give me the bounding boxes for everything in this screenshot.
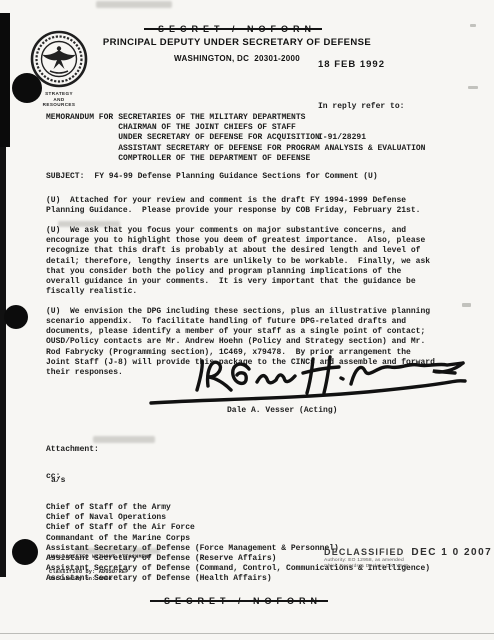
- scan-speck: [462, 303, 471, 307]
- signer-name: Dale A. Vesser (Acting): [227, 406, 337, 416]
- memo-for-label: MEMORANDUM FOR: [46, 113, 113, 164]
- memo-addressee: SECRETARIES OF THE MILITARY DEPARTMENTS: [118, 113, 425, 123]
- department-of-defense-seal-icon: [30, 30, 88, 88]
- subject-label: SUBJECT:: [46, 172, 84, 182]
- scan-edge-bar: [0, 147, 6, 577]
- office-stamp: STRATEGYANDRESOURCES: [30, 91, 88, 108]
- scan-speck: [470, 24, 476, 27]
- subject-line: SUBJECT: FY 94-99 Defense Planning Guida…: [46, 172, 378, 182]
- office-stamp-line: RESOURCES: [30, 102, 88, 108]
- declassified-stamp: DECLASSIFIED DEC 1 0 2007 Authority: EO …: [324, 547, 489, 571]
- body-paragraph: (U) Attached for your review and comment…: [46, 196, 438, 216]
- memo-addressee: COMPTROLLER OF THE DEPARTMENT OF DEFENSE: [118, 154, 425, 164]
- unclassified-note: UNCLASSIFIED WITHOUT ATTACHMENT: [49, 554, 152, 561]
- cc-label: cc:: [46, 472, 430, 482]
- body-paragraph: (U) We ask that you focus your comments …: [46, 226, 438, 297]
- scanned-memo-page: SECRET / NOFORN SECRET / NOFORN PRINCIPA…: [0, 0, 494, 640]
- scan-edge-bar-top: [0, 13, 10, 147]
- scan-speck: [468, 86, 478, 89]
- declassified-stamp-row: DECLASSIFIED DEC 1 0 2007: [324, 547, 489, 558]
- memo-addressee: UNDER SECRETARY OF DEFENSE FOR ACQUISITI…: [118, 133, 425, 143]
- declassified-label: DECLASSIFIED: [324, 547, 404, 557]
- memo-addressees: SECRETARIES OF THE MILITARY DEPARTMENTSC…: [118, 113, 425, 164]
- scan-smudge: [93, 436, 155, 443]
- cc-recipient: Chief of Naval Operations: [46, 513, 430, 523]
- cc-recipient: Chief of Staff of the Army: [46, 503, 430, 513]
- declassify-on-line: Declassify on: OADR: [49, 576, 112, 583]
- subject-text: FY 94-99 Defense Planning Guidance Secti…: [94, 172, 377, 182]
- declassified-office: Chief, Records & Declass Div, WHS: [324, 564, 489, 570]
- handwritten-signature: [145, 354, 473, 412]
- memo-addressee: CHAIRMAN OF THE JOINT CHIEFS OF STAFF: [118, 123, 425, 133]
- classification-banner-top: SECRET / NOFORN: [158, 24, 316, 34]
- date-stamp: 18 FEB 1992: [318, 59, 385, 70]
- classified-by-line: Classified by: ADUSD/REP: [49, 569, 129, 576]
- memo-address-block: MEMORANDUM FOR SECRETARIES OF THE MILITA…: [46, 113, 425, 164]
- cc-recipient: Chief of Staff of the Air Force: [46, 523, 430, 533]
- memo-addressee: ASSISTANT SECRETARY OF DEFENSE FOR PROGR…: [118, 144, 425, 154]
- hole-punch-mark: [4, 305, 28, 329]
- scan-bottom-line: [0, 633, 494, 634]
- cc-recipient: Commandant of the Marine Corps: [46, 534, 430, 544]
- reply-label: In reply refer to:: [318, 102, 404, 112]
- scan-smudge: [96, 1, 172, 8]
- hole-punch-mark: [12, 539, 38, 565]
- declassified-date: DEC 1 0 2007: [411, 547, 492, 558]
